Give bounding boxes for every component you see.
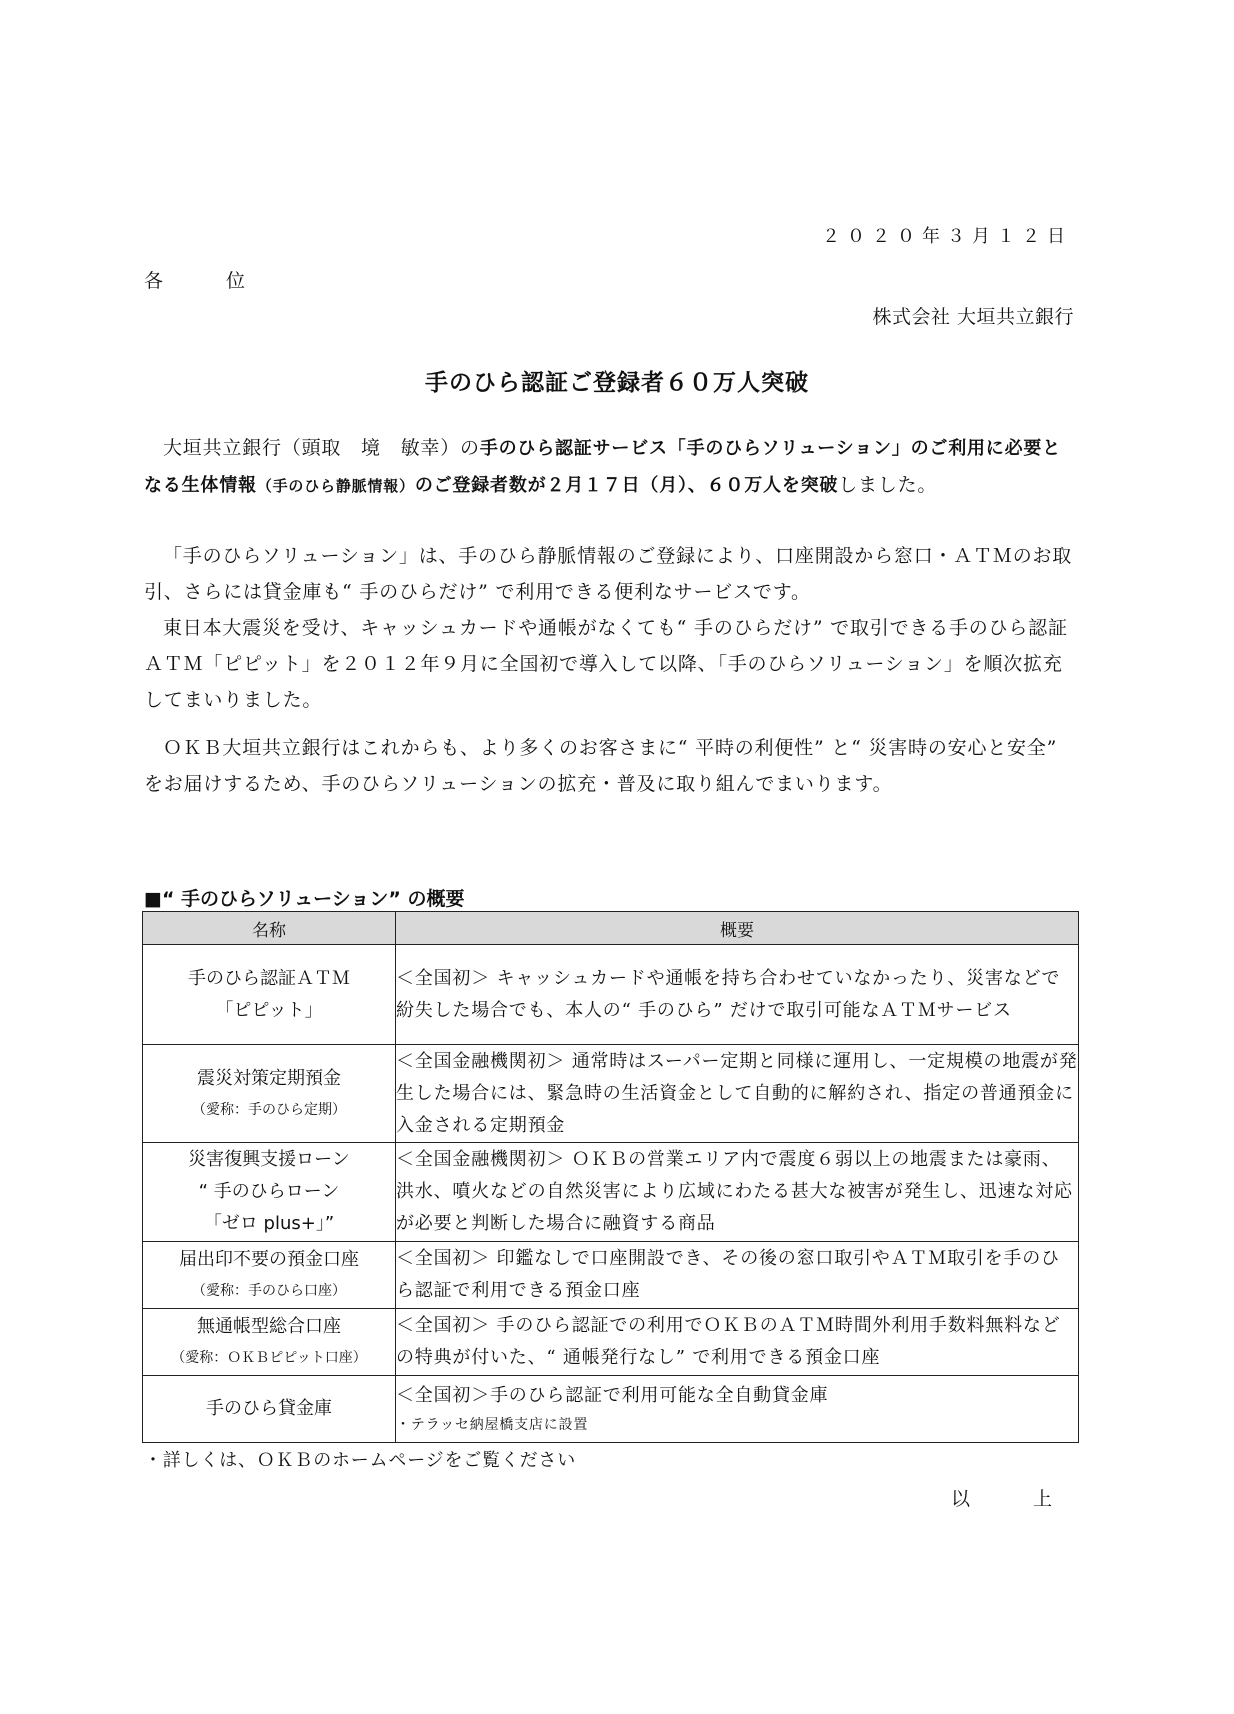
row-name: 届出印不要の預金口座 bbox=[143, 1244, 395, 1276]
column-header-name: 名称 bbox=[143, 912, 396, 945]
row-name-cell: 震災対策定期預金 （愛称：手のひら定期） bbox=[143, 1045, 396, 1143]
row-name-cell: 災害復興支援ローン “ 手のひらローン 「ゼロ plus+」” bbox=[143, 1143, 396, 1242]
row-desc-cell: ＜全国初＞ 手のひら認証での利用でＯＫＢのＡＴＭ時間外利用手数料無料などの特典が… bbox=[396, 1309, 1079, 1376]
document-date: ２０２０年３月１２日 bbox=[822, 222, 1072, 248]
table-row: 震災対策定期預金 （愛称：手のひら定期） ＜全国金融機関初＞ 通常時はスーパー定… bbox=[143, 1045, 1079, 1143]
row-name: 震災対策定期預金 bbox=[143, 1063, 395, 1095]
paragraph-4: ＯＫＢ大垣共立銀行はこれからも、より多くのお客さまに“ 平時の利便性” と“ 災… bbox=[144, 730, 1074, 802]
row-tag: ＜全国金融機関初＞ bbox=[396, 1149, 565, 1170]
row-name-cell: 手のひら貸金庫 bbox=[143, 1376, 396, 1443]
table-row: 手のひら貸金庫 ＜全国初＞手のひら認証で利用可能な全自動貸金庫・テラッセ納屋橋支… bbox=[143, 1376, 1079, 1443]
overview-heading: ■“ 手のひらソリューション” の概要 bbox=[144, 884, 464, 911]
row-name: 手のひら貸金庫 bbox=[143, 1393, 395, 1425]
row-name: 手のひら認証ＡＴＭ bbox=[143, 963, 395, 995]
row-desc: 手のひら認証での利用でＯＫＢのＡＴＭ時間外利用手数料無料などの特典が付いた、“ … bbox=[396, 1315, 1061, 1368]
row-nickname: （愛称：ＯＫＢピピット口座） bbox=[143, 1343, 395, 1373]
row-name-sub: 「ピピット」 bbox=[143, 995, 395, 1027]
row-desc-cell: ＜全国初＞ キャッシュカードや通帳を持ち合わせていなかったり、災害などで紛失した… bbox=[396, 945, 1079, 1045]
closing-mark: 以 上 bbox=[951, 1484, 1074, 1511]
paragraph-3: 東日本大震災を受け、キャッシュカードや通帳がなくても“ 手のひらだけ” で取引で… bbox=[144, 610, 1074, 718]
row-tag: ＜全国初＞ bbox=[396, 1385, 490, 1406]
row-note: ・テラッセ納屋橋支店に設置 bbox=[396, 1412, 1078, 1438]
row-nickname: （愛称：手のひら定期） bbox=[143, 1095, 395, 1125]
recipient-line: 各 位 bbox=[144, 266, 267, 293]
issuer-name: 株式会社 大垣共立銀行 bbox=[872, 302, 1074, 329]
row-name-line2: “ 手のひらローン bbox=[143, 1176, 395, 1208]
row-name: 災害復興支援ローン bbox=[143, 1144, 395, 1176]
row-tag: ＜全国初＞ bbox=[396, 968, 490, 989]
row-desc-cell: ＜全国初＞ 印鑑なしで口座開設でき、その後の窓口取引やＡＴＭ取引を手のひら認証で… bbox=[396, 1242, 1079, 1309]
row-desc: キャッシュカードや通帳を持ち合わせていなかったり、災害などで紛失した場合でも、本… bbox=[396, 968, 1060, 1021]
row-desc: 印鑑なしで口座開設でき、その後の窓口取引やＡＴＭ取引を手のひら認証で利用できる預… bbox=[396, 1248, 1060, 1301]
table-row: 無通帳型総合口座 （愛称：ＯＫＢピピット口座） ＜全国初＞ 手のひら認証での利用… bbox=[143, 1309, 1079, 1376]
column-header-summary: 概要 bbox=[396, 912, 1079, 945]
paragraph-service-description: 「手のひらソリューション」は、手のひら静脈情報のご登録により、口座開設から窓口・… bbox=[144, 538, 1074, 610]
table-row: 手のひら認証ＡＴＭ 「ピピット」 ＜全国初＞ キャッシュカードや通帳を持ち合わせ… bbox=[143, 945, 1079, 1045]
row-tag: ＜全国金融機関初＞ bbox=[396, 1051, 565, 1072]
table-header-row: 名称 概要 bbox=[143, 912, 1079, 945]
row-name-cell: 届出印不要の預金口座 （愛称：手のひら口座） bbox=[143, 1242, 396, 1309]
paragraph-1-seg3: （手のひら静脈情報） bbox=[257, 477, 415, 495]
row-tag: ＜全国初＞ bbox=[396, 1248, 490, 1269]
document-title: 手のひら認証ご登録者６０万人突破 bbox=[0, 364, 1234, 397]
row-name-line3: 「ゼロ plus+」” bbox=[143, 1208, 395, 1240]
row-name-cell: 手のひら認証ＡＴＭ 「ピピット」 bbox=[143, 945, 396, 1045]
row-tag: ＜全国初＞ bbox=[396, 1315, 490, 1336]
row-nickname: （愛称：手のひら口座） bbox=[143, 1276, 395, 1306]
table-row: 届出印不要の預金口座 （愛称：手のひら口座） ＜全国初＞ 印鑑なしで口座開設でき… bbox=[143, 1242, 1079, 1309]
row-desc-cell: ＜全国金融機関初＞ 通常時はスーパー定期と同様に運用し、一定規模の地震が発生した… bbox=[396, 1045, 1079, 1143]
row-name-cell: 無通帳型総合口座 （愛称：ＯＫＢピピット口座） bbox=[143, 1309, 396, 1376]
paragraph-1-seg4: のご登録者数が２月１７日（月）、６０万人を突破 bbox=[415, 475, 838, 496]
paragraph-announcement: 大垣共立銀行（頭取 境 敏幸）の手のひら認証サービス「手のひらソリューション」の… bbox=[144, 430, 1074, 504]
row-desc-cell: ＜全国初＞手のひら認証で利用可能な全自動貸金庫・テラッセ納屋橋支店に設置 bbox=[396, 1376, 1079, 1443]
row-desc: 手のひら認証で利用可能な全自動貸金庫 bbox=[490, 1385, 828, 1406]
paragraph-1-seg1: 大垣共立銀行（頭取 境 敏幸）の bbox=[163, 437, 480, 459]
row-desc-cell: ＜全国金融機関初＞ ＯＫＢの営業エリア内で震度６弱以上の地震または豪雨、洪水、噴… bbox=[396, 1143, 1079, 1242]
paragraph-1-seg5: しました。 bbox=[838, 474, 937, 496]
paragraph-2: 「手のひらソリューション」は、手のひら静脈情報のご登録により、口座開設から窓口・… bbox=[144, 538, 1074, 610]
table-row: 災害復興支援ローン “ 手のひらローン 「ゼロ plus+」” ＜全国金融機関初… bbox=[143, 1143, 1079, 1242]
footnote: ・詳しくは、ＯＫＢのホームページをご覧ください bbox=[144, 1446, 576, 1472]
paragraph-outlook: ＯＫＢ大垣共立銀行はこれからも、より多くのお客さまに“ 平時の利便性” と“ 災… bbox=[144, 730, 1074, 802]
paragraph-history: 東日本大震災を受け、キャッシュカードや通帳がなくても“ 手のひらだけ” で取引で… bbox=[144, 610, 1074, 718]
overview-table: 名称 概要 手のひら認証ＡＴＭ 「ピピット」 ＜全国初＞ キャッシュカードや通帳… bbox=[142, 911, 1079, 1443]
row-name: 無通帳型総合口座 bbox=[143, 1311, 395, 1343]
